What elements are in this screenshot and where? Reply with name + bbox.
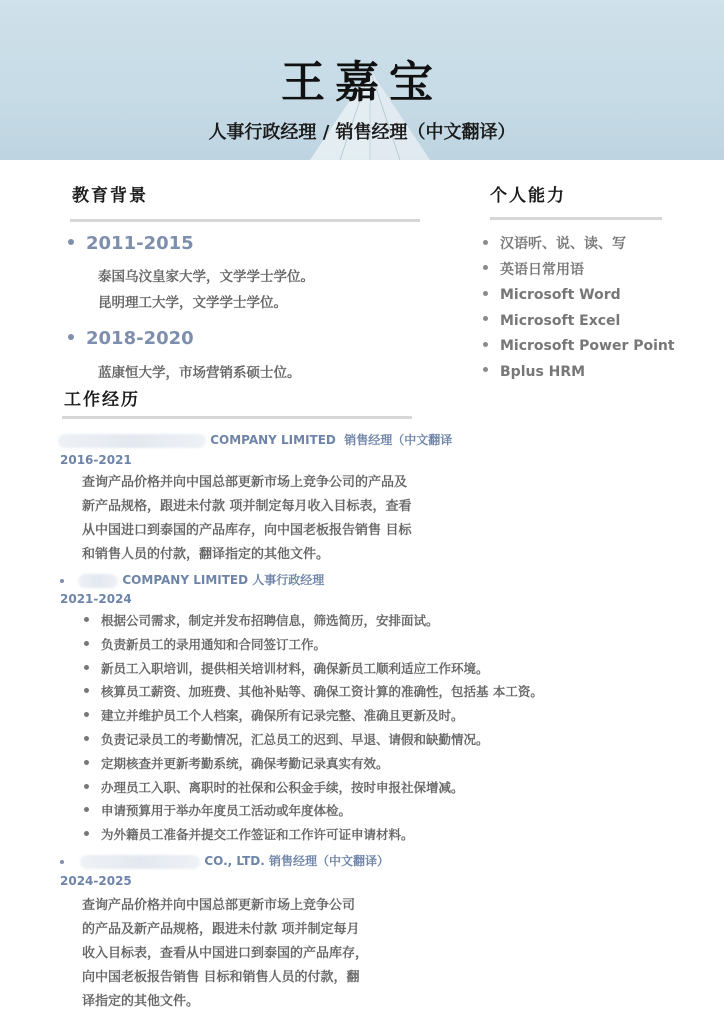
job-years: 2021-2024 — [60, 592, 132, 606]
job-years: 2016-2021 — [60, 453, 132, 467]
education-divider — [70, 219, 420, 222]
work-divider — [62, 416, 412, 419]
education-line: 蓝康恒大学，市场营销系硕士位。 — [98, 361, 301, 381]
bullet-icon — [60, 860, 64, 864]
skill-item: Bplus HRM — [483, 362, 675, 388]
education-title: 教育背景 — [72, 181, 148, 206]
job-heading: COMPANY LIMITED 销售经理（中文翻译 — [58, 431, 452, 448]
skill-item: 汉语听、说、读、写 — [483, 234, 675, 260]
bullet-icon — [68, 239, 74, 245]
bullet-icon — [84, 665, 89, 670]
bullet-icon — [84, 831, 89, 836]
education-line: 昆明理工大学，文学学士学位。 — [98, 291, 287, 311]
redacted-company-name — [58, 434, 206, 448]
job-description: 查询产品价格并向中国总部更新市场上竞争公司的产品及 新产品规格，跟进未付款 项并… — [82, 471, 412, 567]
bullet-icon — [483, 367, 488, 372]
job-heading: COMPANY LIMITED 人事行政经理 — [60, 571, 324, 588]
duty-item: 新员工入职培训，提供相关培训材料，确保新员工顺利适应工作环境。 — [84, 659, 543, 683]
skill-item: 英语日常用语 — [483, 260, 675, 286]
bullet-icon — [68, 334, 74, 340]
duty-item: 定期核查并更新考勤系统，确保考勤记录真实有效。 — [84, 754, 543, 778]
redacted-company-name — [80, 855, 200, 869]
bullet-icon — [84, 784, 89, 789]
duty-item: 负责记录员工的考勤情况，汇总员工的迟到、早退、请假和缺勤情况。 — [84, 730, 543, 754]
bullet-icon — [483, 342, 488, 347]
job-description: 查询产品价格并向中国总部更新市场上竞争公司 的产品及新产品规格，跟进未付款 项并… — [82, 894, 368, 1014]
skill-item: Microsoft Power Point — [483, 336, 675, 362]
education-line: 泰国乌汶皇家大学，文学学士学位。 — [98, 265, 314, 285]
duty-item: 负责新员工的录用通知和合同签订工作。 — [84, 635, 543, 659]
education-years: 2011-2015 — [68, 233, 194, 254]
redacted-company-name — [78, 574, 118, 588]
skills-divider — [490, 217, 662, 220]
duty-item: 根据公司需求，制定并发布招聘信息，筛选简历，安排面试。 — [84, 611, 543, 635]
education-years: 2018-2020 — [68, 328, 194, 349]
work-title: 工作经历 — [64, 385, 140, 410]
duty-item: 申请预算用于举办年度员工活动或年度体检。 — [84, 801, 543, 825]
bullet-icon — [84, 736, 89, 741]
bullet-icon — [84, 760, 89, 765]
skill-item: Microsoft Word — [483, 285, 675, 311]
duty-item: 办理员工入职、离职时的社保和公积金手续，按时申报社保增减。 — [84, 778, 543, 802]
skill-item: Microsoft Excel — [483, 311, 675, 337]
duty-item: 建立并维护员工个人档案，确保所有记录完整、准确且更新及时。 — [84, 706, 543, 730]
bullet-icon — [60, 579, 64, 583]
bullet-icon — [84, 617, 89, 622]
bullet-icon — [84, 688, 89, 693]
bullet-icon — [483, 291, 488, 296]
job-years: 2024-2025 — [60, 874, 132, 888]
skills-title: 个人能力 — [490, 181, 566, 206]
duty-item: 核算员工薪资、加班费、其他补贴等、确保工资计算的准确性，包括基 本工资。 — [84, 682, 543, 706]
bullet-icon — [483, 316, 488, 321]
job-heading: CO., LTD. 销售经理（中文翻译） — [60, 852, 389, 869]
skills-list: 汉语听、说、读、写 英语日常用语 Microsoft Word Microsof… — [483, 234, 675, 387]
candidate-name: 王嘉宝 — [0, 46, 724, 110]
bullet-icon — [84, 712, 89, 717]
bullet-icon — [84, 807, 89, 812]
bullet-icon — [483, 240, 488, 245]
job-duties-list: 根据公司需求，制定并发布招聘信息，筛选简历，安排面试。 负责新员工的录用通知和合… — [84, 611, 543, 849]
bullet-icon — [84, 641, 89, 646]
candidate-title: 人事行政经理 / 销售经理（中文翻译） — [0, 118, 724, 144]
resume-header: 王嘉宝 人事行政经理 / 销售经理（中文翻译） — [0, 0, 724, 160]
bullet-icon — [483, 265, 488, 270]
duty-item: 为外籍员工准备并提交工作签证和工作许可证申请材料。 — [84, 825, 543, 849]
